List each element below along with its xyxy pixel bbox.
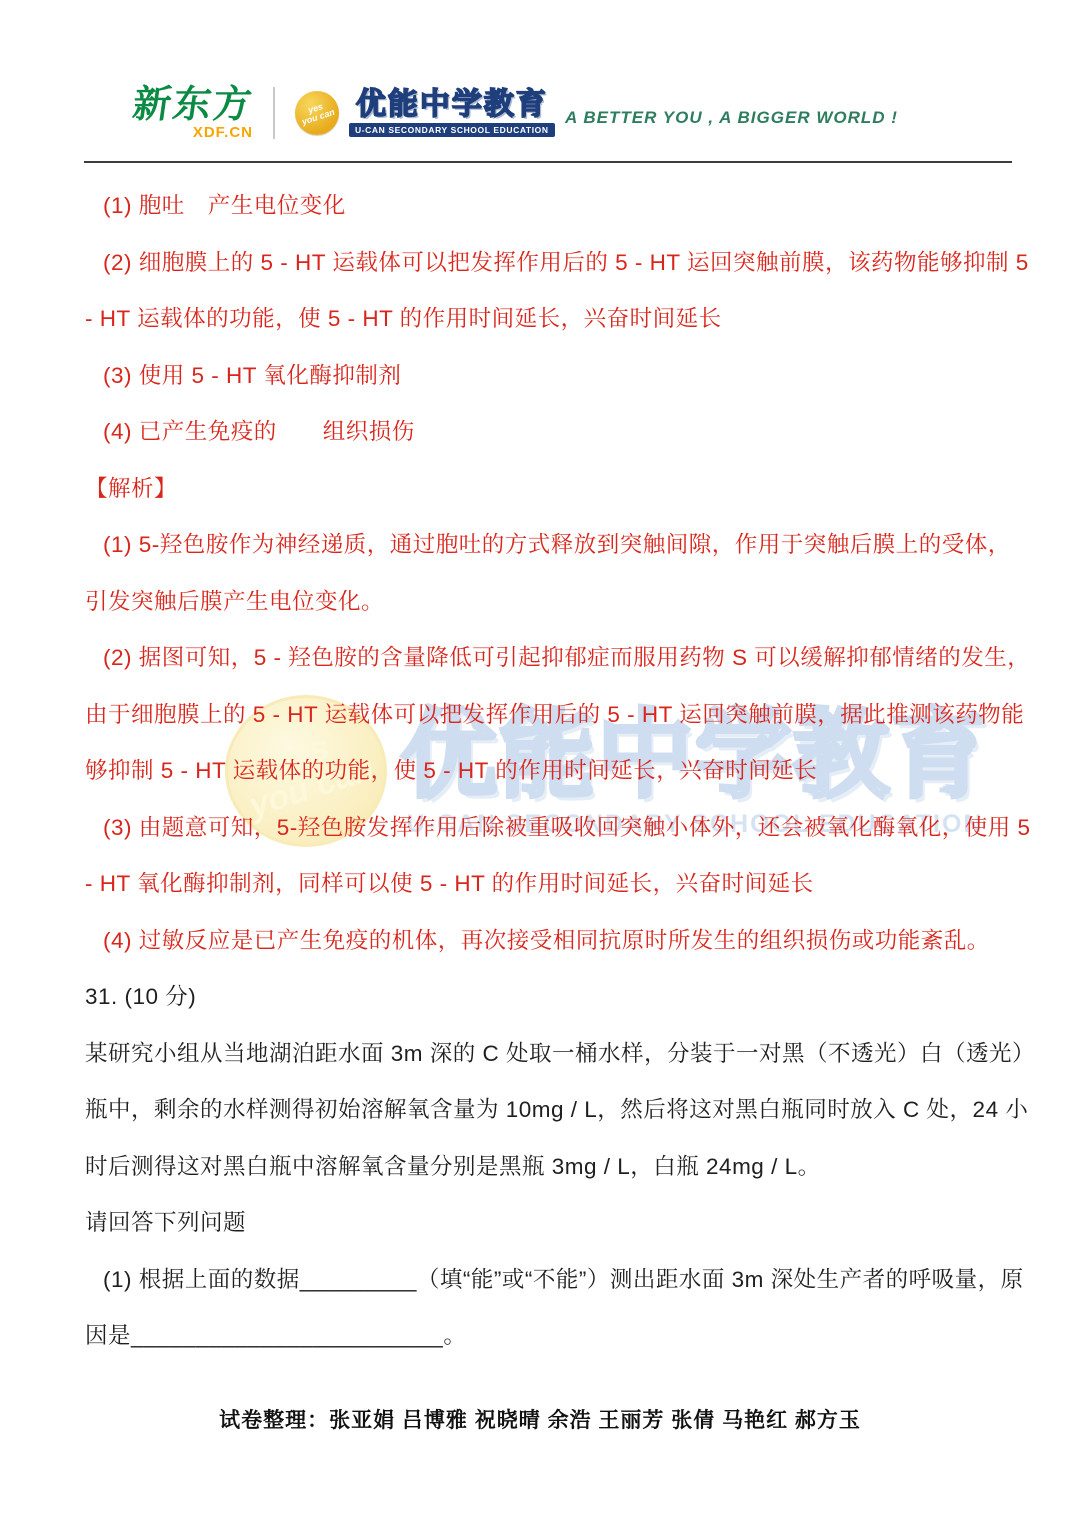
text-line: - HT 氧化酶抑制剂，同样可以使 5 - HT 的作用时间延长，兴奋时间延长 — [0, 856, 1080, 913]
text-line: (1) 5-羟色胺作为神经递质，通过胞吐的方式释放到突触间隙，作用于突触后膜上的… — [0, 517, 1080, 574]
text-line: 由于细胞膜上的 5 - HT 运载体可以把发挥作用后的 5 - HT 运回突触前… — [0, 687, 1080, 744]
document-page: 新东方 XDF.CN yes you can 优能中学教育 U-CAN SECO… — [0, 0, 1080, 1528]
xdf-domain-text: XDF.CN — [193, 125, 253, 140]
ucan-badge-icon: yes you can — [295, 91, 339, 135]
ucan-title: 优能中学教育 — [356, 90, 548, 120]
text-line: (2) 细胞膜上的 5 - HT 运载体可以把发挥作用后的 5 - HT 运回突… — [0, 235, 1080, 292]
text-line: 因是________________________。 — [0, 1308, 1080, 1365]
header-separator — [84, 161, 1012, 163]
text-line: 够抑制 5 - HT 运载体的功能，使 5 - HT 的作用时间延长，兴奋时间延… — [0, 743, 1080, 800]
footer-credits: 试卷整理：张亚娟 吕博雅 祝晓晴 余浩 王丽芳 张倩 马艳红 郝方玉 — [0, 1404, 1080, 1434]
page-header: 新东方 XDF.CN yes you can 优能中学教育 U-CAN SECO… — [133, 86, 555, 140]
text-line: (3) 由题意可知，5-羟色胺发挥作用后除被重吸收回突触小体外，还会被氧化酶氧化… — [0, 800, 1080, 857]
text-line: 引发突触后膜产生电位变化。 — [0, 574, 1080, 631]
brand-tagline: A BETTER YOU , A BIGGER WORLD ! — [565, 108, 898, 128]
text-line: (1) 胞吐 产生电位变化 — [0, 178, 1080, 235]
text-line: 某研究小组从当地湖泊距水面 3m 深的 C 处取一桶水样，分装于一对黑（不透光）… — [0, 1026, 1080, 1083]
text-line: 时后测得这对黑白瓶中溶解氧含量分别是黑瓶 3mg / L，白瓶 24mg / L… — [0, 1139, 1080, 1196]
ucan-logo-text: 优能中学教育 U-CAN SECONDARY SCHOOL EDUCATION — [349, 90, 555, 137]
ucan-logo: yes you can 优能中学教育 U-CAN SECONDARY SCHOO… — [295, 90, 555, 137]
ucan-badge-text: yes you can — [298, 99, 336, 127]
text-line: (4) 已产生免疫的 组织损伤 — [0, 404, 1080, 461]
xdf-logo: 新东方 XDF.CN — [133, 86, 253, 140]
text-line: (2) 据图可知，5 - 羟色胺的含量降低可引起抑郁症而服用药物 S 可以缓解抑… — [0, 630, 1080, 687]
content-lines: (1) 胞吐 产生电位变化(2) 细胞膜上的 5 - HT 运载体可以把发挥作用… — [0, 178, 1080, 1365]
text-line: 31. (10 分) — [0, 969, 1080, 1026]
text-line: (1) 根据上面的数据_________（填“能”或“不能”）测出距水面 3m … — [0, 1252, 1080, 1309]
text-line: 瓶中，剩余的水样测得初始溶解氧含量为 10mg / L，然后将这对黑白瓶同时放入… — [0, 1082, 1080, 1139]
text-line: 【解析】 — [0, 461, 1080, 518]
text-line: (3) 使用 5 - HT 氧化酶抑制剂 — [0, 348, 1080, 405]
logo-divider — [273, 87, 275, 139]
xdf-logo-text: 新东方 — [130, 86, 255, 124]
text-line: (4) 过敏反应是已产生免疫的机体，再次接受相同抗原时所发生的组织损伤或功能紊乱… — [0, 913, 1080, 970]
ucan-subtitle: U-CAN SECONDARY SCHOOL EDUCATION — [349, 123, 555, 137]
text-line: 请回答下列问题 — [0, 1195, 1080, 1252]
text-line: - HT 运载体的功能，使 5 - HT 的作用时间延长，兴奋时间延长 — [0, 291, 1080, 348]
